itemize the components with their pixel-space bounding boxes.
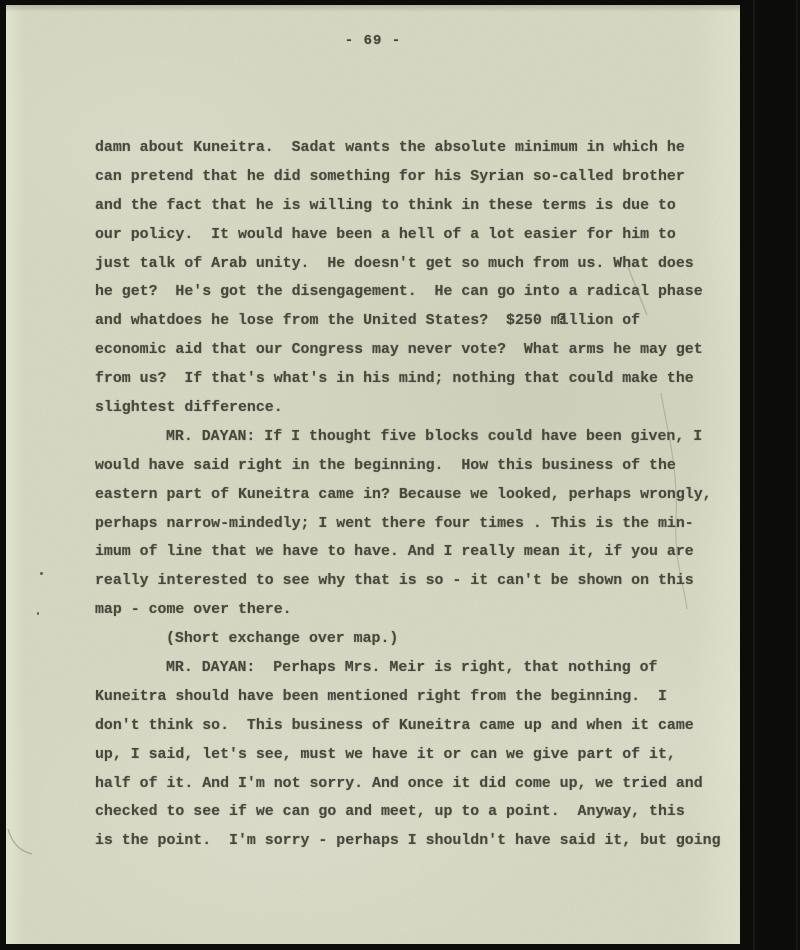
- text-line: eastern part of Kuneitra came in? Becaus…: [95, 481, 725, 510]
- text-line: MR. DAYAN: If I thought five blocks coul…: [95, 423, 725, 452]
- text-line: perhaps narrow-mindedly; I went there fo…: [95, 510, 725, 539]
- text-line: map - come over there.: [95, 596, 725, 625]
- scanner-edge-seam: [796, 0, 798, 950]
- text-line: Kuneitra should have been mentioned righ…: [95, 683, 725, 712]
- text-line: is the point. I'm sorry - perhaps I shou…: [95, 827, 725, 856]
- text-line: slightest difference.: [95, 394, 725, 423]
- inserted-question-mark: ?: [557, 313, 566, 328]
- text-line: really interested to see why that is so …: [95, 567, 725, 596]
- text-line: just talk of Arab unity. He doesn't get …: [95, 250, 725, 279]
- scanner-seam: [753, 0, 755, 950]
- text-line: economic aid that our Congress may never…: [95, 336, 725, 365]
- text-line: imum of line that we have to have. And I…: [95, 538, 725, 567]
- text-line: from us? If that's what's in his mind; n…: [95, 365, 725, 394]
- text-line: half of it. And I'm not sorry. And once …: [95, 770, 725, 799]
- text-line: he get? He's got the disengagement. He c…: [95, 278, 725, 307]
- text-line: (Short exchange over map.): [95, 625, 725, 654]
- text-body: damn about Kuneitra. Sadat wants the abs…: [95, 134, 725, 856]
- pencil-mark: [8, 829, 32, 854]
- text-line: checked to see if we can go and meet, up…: [95, 798, 725, 827]
- margin-dot: [37, 612, 39, 615]
- text-line: don't think so. This business of Kuneitr…: [95, 712, 725, 741]
- text-line: can pretend that he did something for hi…: [95, 163, 725, 192]
- text-line: up, I said, let's see, must we have it o…: [95, 741, 725, 770]
- scan-background: - 69 - damn about Kuneitra. Sadat wants …: [0, 0, 800, 950]
- page-number: - 69 -: [6, 33, 740, 49]
- text-line: our policy. It would have been a hell of…: [95, 221, 725, 250]
- margin-dot: [40, 572, 43, 575]
- text-line: and whatdoes he lose from the United Sta…: [95, 307, 725, 336]
- text-line: damn about Kuneitra. Sadat wants the abs…: [95, 134, 725, 163]
- text-line: and the fact that he is willing to think…: [95, 192, 725, 221]
- paper-page: - 69 - damn about Kuneitra. Sadat wants …: [6, 5, 740, 944]
- text-line: would have said right in the beginning. …: [95, 452, 725, 481]
- text-line: MR. DAYAN: Perhaps Mrs. Meir is right, t…: [95, 654, 725, 683]
